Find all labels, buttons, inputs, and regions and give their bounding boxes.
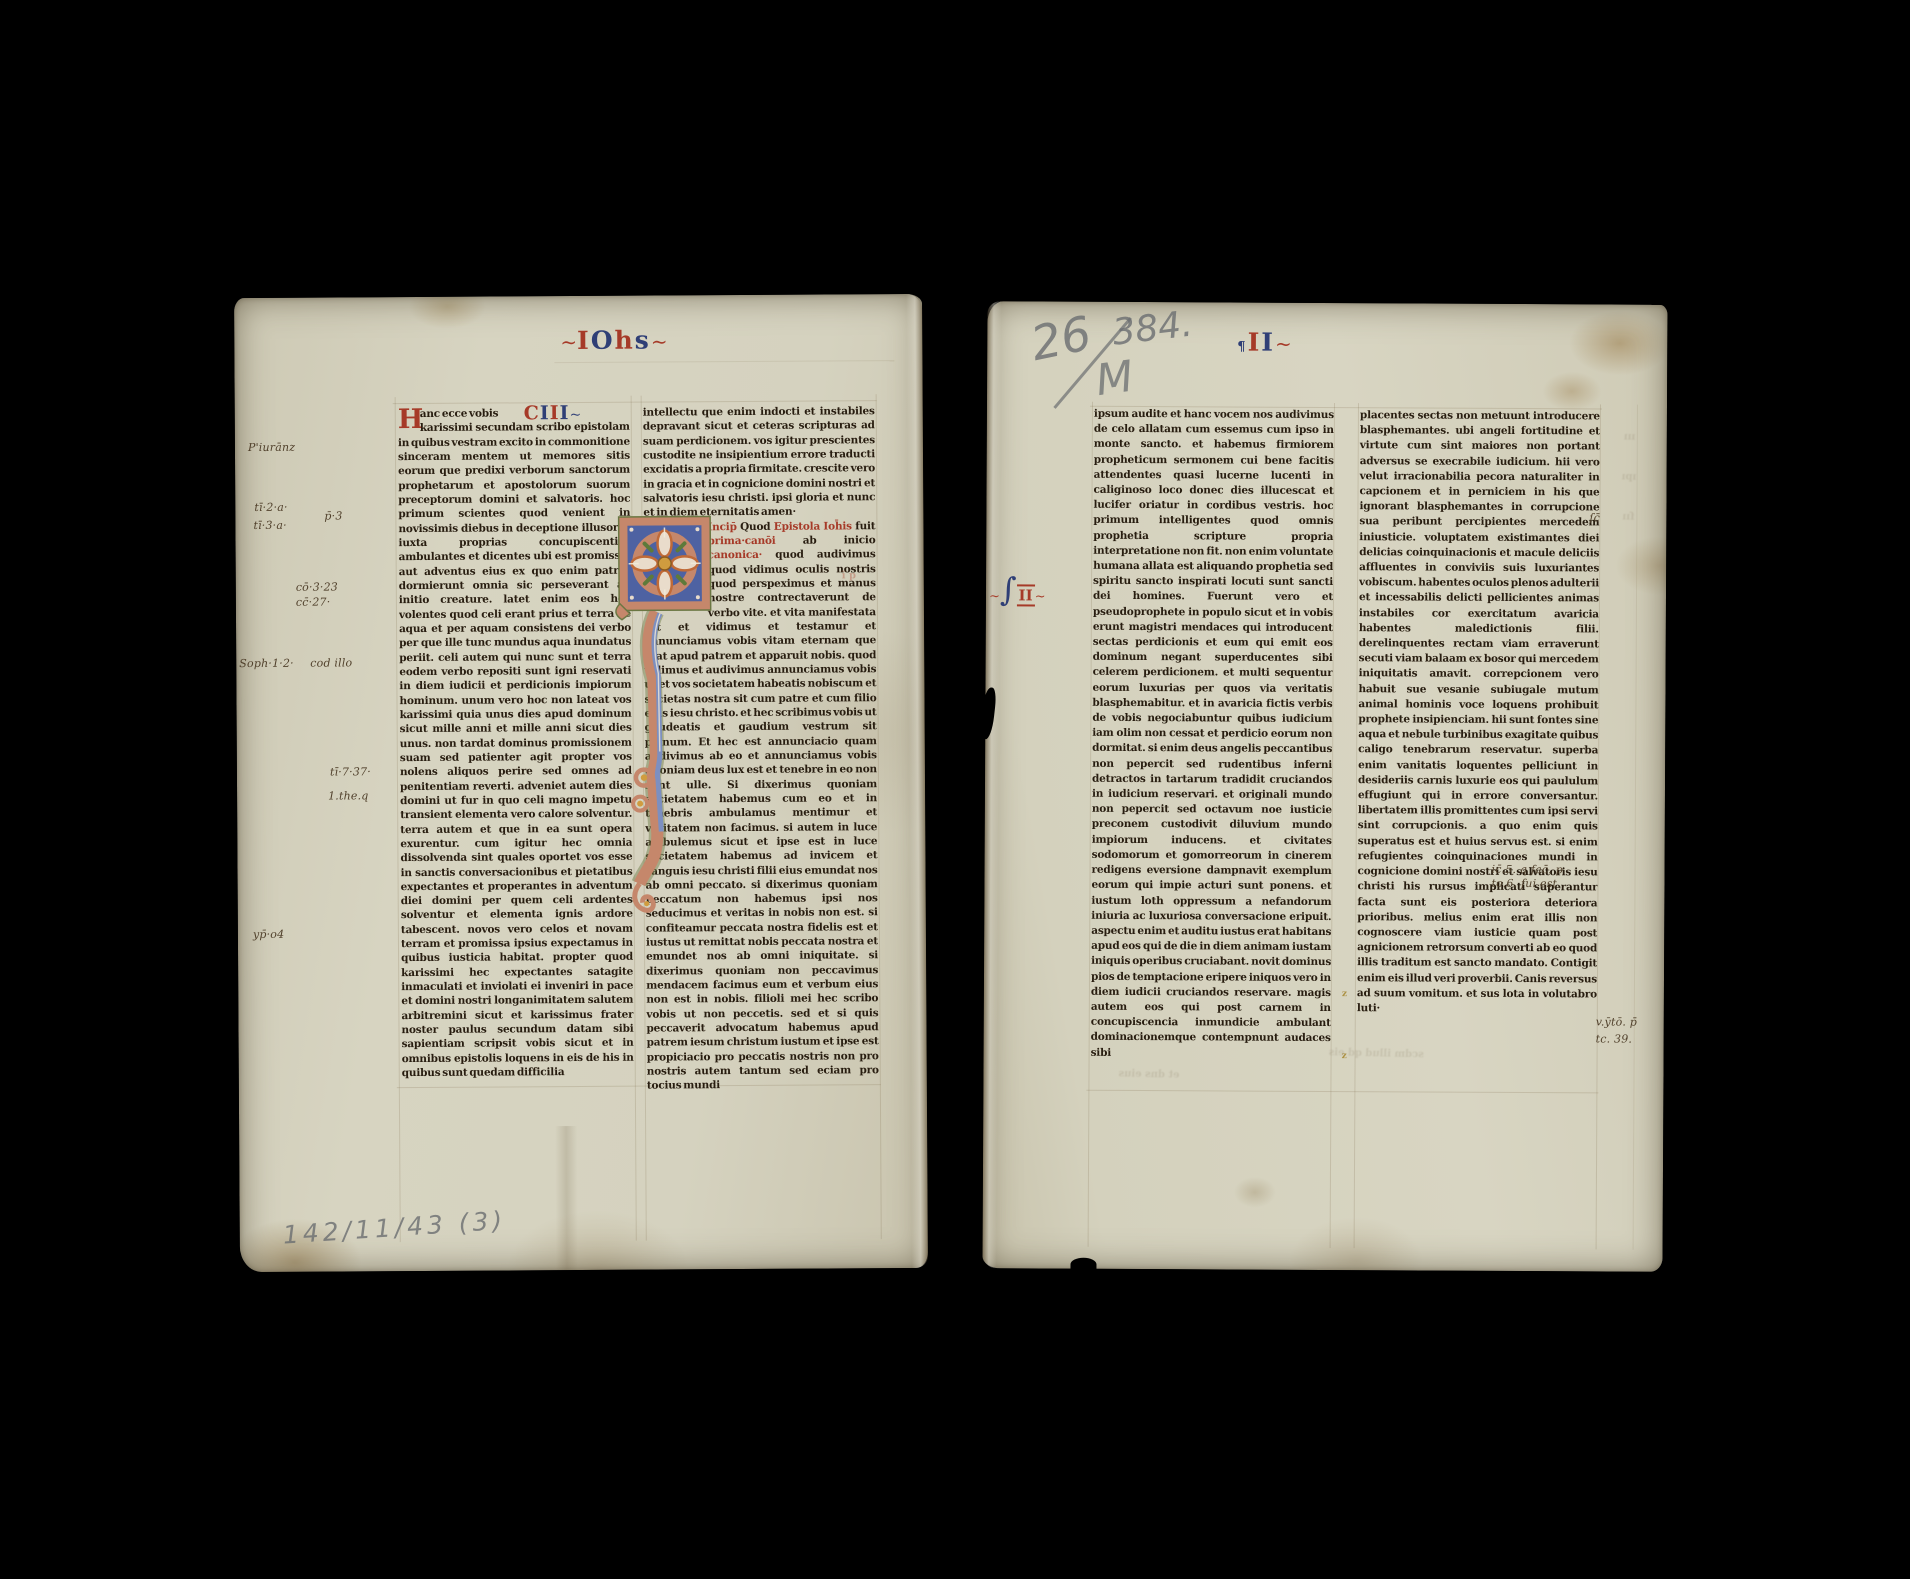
ghost-text: scdm illud qd eis [1328,1047,1423,1061]
header-flourish: ~ [1275,332,1292,356]
header-letter: I [577,326,591,355]
rubric-text: Epistola Ioh̄is [774,520,856,532]
header-letter: O [591,326,615,355]
running-header-iohs: ~IOhs~ [560,327,667,354]
margin-note: tī·2·a· [254,501,287,514]
catch-mark: z [1342,990,1347,999]
left-leaf: ~IOhs~ CIII~ Hanc ecce vobiskarissimi se… [234,294,928,1272]
left-text-column-1: Hanc ecce vobiskarissimi secundam scribo… [398,406,634,1083]
ghost-text: ııı [1624,431,1636,443]
header-letter: I [1261,328,1275,357]
margin-note: to.6. fui est [1491,877,1557,890]
header-letter: h [614,326,634,355]
ruling-line [393,400,877,404]
manuscript-photograph: ~IOhs~ CIII~ Hanc ecce vobiskarissimi se… [0,0,1910,1579]
offset-ink-mark: ī p [842,571,856,581]
illuminated-initial-q [611,515,724,926]
pencil-folio-total: 384. [1110,304,1194,354]
ghost-text: ſıı [1622,511,1634,523]
right-text-column-1: ipsum audite et hanc vocem nos audivimus… [1090,407,1334,1088]
margin-note: 1.the.q [328,789,369,802]
ruling-line [554,360,894,363]
body-text: fuit [855,520,875,532]
chapter-flourish: ~ [989,589,1000,604]
margin-note: v.ȳtō. p̄ [1596,1015,1637,1028]
pencil-shelfmark: 142/11/43 (3) [282,1206,507,1250]
column-paragraph: intellectu que enim indocti et instabile… [643,404,876,520]
edge-notch [1070,1258,1096,1271]
ghost-text: et dns eius [1118,1068,1179,1081]
margin-note: ſc̄ [1589,511,1600,524]
header-letter: s [635,326,651,355]
ruling-line [1633,405,1638,1250]
body-text: Quod [740,520,774,532]
column-paragraph: ipsum audite et hanc vocem nos audivimus… [1091,407,1334,1062]
right-text-column-2: placentes sectas non metuunt introducere… [1357,408,1600,1057]
pencil-folio-number: 26 [1026,306,1096,372]
blue-paraph: ∫ [1000,570,1017,608]
header-flourish: ~ [651,329,668,353]
margin-note: tī·3·a· [253,519,286,532]
margin-note: tc. 39. [1596,1032,1633,1045]
chapter-numeral: II [1017,584,1035,606]
ruling-line [1086,1090,1598,1094]
margin-note: Soph·1·2· [239,657,294,670]
rubric-text: prima·canōi [707,535,802,548]
pencil-monogram: M [1093,352,1136,407]
running-header-ii: ¶II~ [1237,330,1292,356]
margin-note: P'iurānz [248,441,295,454]
margin-note: yp̄·o4 [253,928,284,941]
body-text: karissimi secundam scribo epistolam in q… [398,421,634,1079]
margin-note: ic̄.5. q fac̄. p [1492,863,1563,876]
rubricated-initial-h: H [398,407,420,433]
chapter-flourish: ~ [1035,589,1046,604]
margin-note: cc̄·27· [296,596,331,609]
header-flourish: ~ [560,330,577,354]
chapter-mark-ii: ~∫II~ [989,573,1046,607]
margin-note: cod illo [310,656,352,669]
first-line: anc ecce vobis [398,406,630,422]
right-leaf: 26 384. M ¶II~ ~∫II~ ipsum audite et han… [982,301,1667,1272]
margin-note: cō·3·23 [296,580,338,593]
header-letter: I [1248,328,1262,357]
margin-note: p̄·3 [324,509,342,522]
gutter-tear [979,687,998,740]
margin-note: tī·7·37· [330,765,371,778]
ghost-text: ıpı [1621,471,1636,483]
header-paraph: ¶ [1237,340,1247,355]
parchment-crease [555,1126,578,1270]
column-paragraph: placentes sectas non metuunt introducere… [1357,408,1600,1017]
body-text: ab inicio [803,534,876,546]
column-paragraph: Hanc ecce vobiskarissimi secundam scribo… [398,406,634,1081]
